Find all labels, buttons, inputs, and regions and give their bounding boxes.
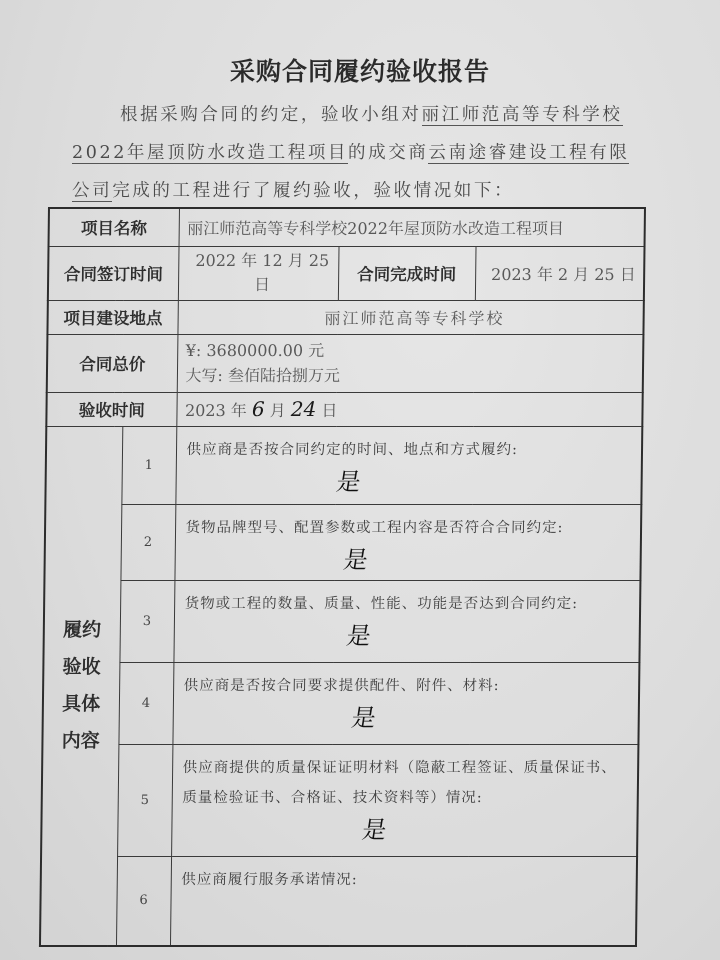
item-number: 6 <box>116 856 171 946</box>
acceptance-year: 2023 年 <box>185 401 247 420</box>
location-label: 项目建设地点 <box>47 300 177 334</box>
intro-middle: 的成交商 <box>348 143 428 163</box>
row-total-price: 合同总价 ¥: 3680000.00 元 大写: 叁佰陆拾捌万元 <box>47 334 644 392</box>
acceptance-day-handwritten: 24 <box>291 397 317 421</box>
contract-sign-date-value: 2022 年 12 月 25 日 <box>178 246 339 300</box>
detail-row-5: 5 供应商提供的质量保证证明材料（隐蔽工程签证、质量保证书、质量检验证书、合格证… <box>41 744 638 856</box>
detail-row-1: 履约 验收 具体 内容 1 供应商是否按合同约定的时间、地点和方式履约: 是 <box>45 426 642 504</box>
contract-sign-date-label: 合同签订时间 <box>48 246 179 300</box>
item-question: 供应商是否按合同约定的时间、地点和方式履约: <box>186 435 635 465</box>
item-question: 货物或工程的数量、质量、性能、功能是否达到合同约定: <box>184 589 633 619</box>
intro-paragraph: 根据采购合同的约定，验收小组对丽江师范高等专科学校2022年屋顶防水改造工程项目… <box>72 96 632 210</box>
item-number: 2 <box>120 504 175 580</box>
contract-complete-date-label: 合同完成时间 <box>338 246 476 300</box>
item-answer-handwritten: 是 <box>183 543 637 577</box>
detail-row-4: 4 供应商是否按合同要求提供配件、附件、材料: 是 <box>42 662 639 744</box>
item-question: 供应商履行服务承诺情况: <box>181 865 630 895</box>
project-name-label: 项目名称 <box>49 208 179 246</box>
item-content: 供应商履行服务承诺情况: <box>170 856 637 946</box>
details-section-label: 履约 验收 具体 内容 <box>40 426 122 946</box>
project-name-value: 丽江师范高等专科学校2022年屋顶防水改造工程项目 <box>179 208 645 246</box>
acceptance-month-handwritten: 6 <box>252 397 265 421</box>
item-content: 供应商是否按合同约定的时间、地点和方式履约: 是 <box>175 426 642 504</box>
document-title: 采购合同履约验收报告 <box>0 52 720 88</box>
total-price-amount: ¥: 3680000.00 元 <box>186 338 643 363</box>
acceptance-date-label: 验收时间 <box>46 392 176 426</box>
details-label-line-4: 内容 <box>43 723 118 760</box>
acceptance-date-value: 2023 年 6 月 24 日 <box>176 392 642 426</box>
details-label-line-3: 具体 <box>44 686 119 723</box>
row-location: 项目建设地点 丽江师范高等专科学校 <box>47 300 643 334</box>
acceptance-month-label: 月 <box>270 401 286 420</box>
row-project-name: 项目名称 丽江师范高等专科学校2022年屋顶防水改造工程项目 <box>49 208 645 246</box>
item-answer-handwritten: 是 <box>184 465 638 499</box>
acceptance-day-label: 日 <box>321 401 337 420</box>
item-question: 供应商提供的质量保证证明材料（隐蔽工程签证、质量保证书、质量检验证书、合格证、技… <box>182 753 631 813</box>
detail-row-3: 3 货物或工程的数量、质量、性能、功能是否达到合同约定: 是 <box>43 580 640 662</box>
item-question: 供应商是否按合同要求提供配件、附件、材料: <box>183 671 632 701</box>
item-answer-handwritten: 是 <box>181 701 635 735</box>
item-number: 4 <box>118 662 173 744</box>
contract-complete-date-value: 2023 年 2 月 25 日 <box>475 246 645 300</box>
acceptance-form-table: 项目名称 丽江师范高等专科学校2022年屋顶防水改造工程项目 合同签订时间 20… <box>39 207 646 947</box>
item-answer-handwritten: 是 <box>179 813 633 847</box>
item-number: 3 <box>119 580 174 662</box>
item-number: 5 <box>117 744 172 856</box>
total-price-amount-words: 大写: 叁佰陆拾捌万元 <box>185 363 642 388</box>
total-price-label: 合同总价 <box>47 334 178 392</box>
item-answer-handwritten: 是 <box>182 619 636 653</box>
details-label-line-2: 验收 <box>44 649 119 686</box>
details-label-line-1: 履约 <box>45 612 120 649</box>
item-question: 货物品牌型号、配置参数或工程内容是否符合合同约定: <box>185 513 634 543</box>
detail-row-2: 2 货物品牌型号、配置参数或工程内容是否符合合同约定: 是 <box>44 504 641 580</box>
location-value: 丽江师范高等专科学校 <box>177 300 643 334</box>
row-contract-dates: 合同签订时间 2022 年 12 月 25 日 合同完成时间 2023 年 2 … <box>48 246 645 300</box>
document-page: 采购合同履约验收报告 根据采购合同的约定，验收小组对丽江师范高等专科学校2022… <box>0 0 720 960</box>
row-acceptance-date: 验收时间 2023 年 6 月 24 日 <box>46 392 642 426</box>
detail-row-6: 6 供应商履行服务承诺情况: <box>40 856 637 946</box>
contract-sign-date-line2: 日 <box>186 273 337 297</box>
item-content: 供应商提供的质量保证证明材料（隐蔽工程签证、质量保证书、质量检验证书、合格证、技… <box>171 744 638 856</box>
item-content: 货物或工程的数量、质量、性能、功能是否达到合同约定: 是 <box>173 580 640 662</box>
item-content: 供应商是否按合同要求提供配件、附件、材料: 是 <box>172 662 639 744</box>
item-number: 1 <box>121 426 176 504</box>
total-price-value: ¥: 3680000.00 元 大写: 叁佰陆拾捌万元 <box>177 334 644 392</box>
intro-suffix: 完成的工程进行了履约验收，验收情况如下： <box>112 181 514 201</box>
intro-prefix: 根据采购合同的约定，验收小组对 <box>120 105 422 125</box>
contract-sign-date-line1: 2022 年 12 月 25 <box>187 249 338 273</box>
item-content: 货物品牌型号、配置参数或工程内容是否符合合同约定: 是 <box>174 504 641 580</box>
